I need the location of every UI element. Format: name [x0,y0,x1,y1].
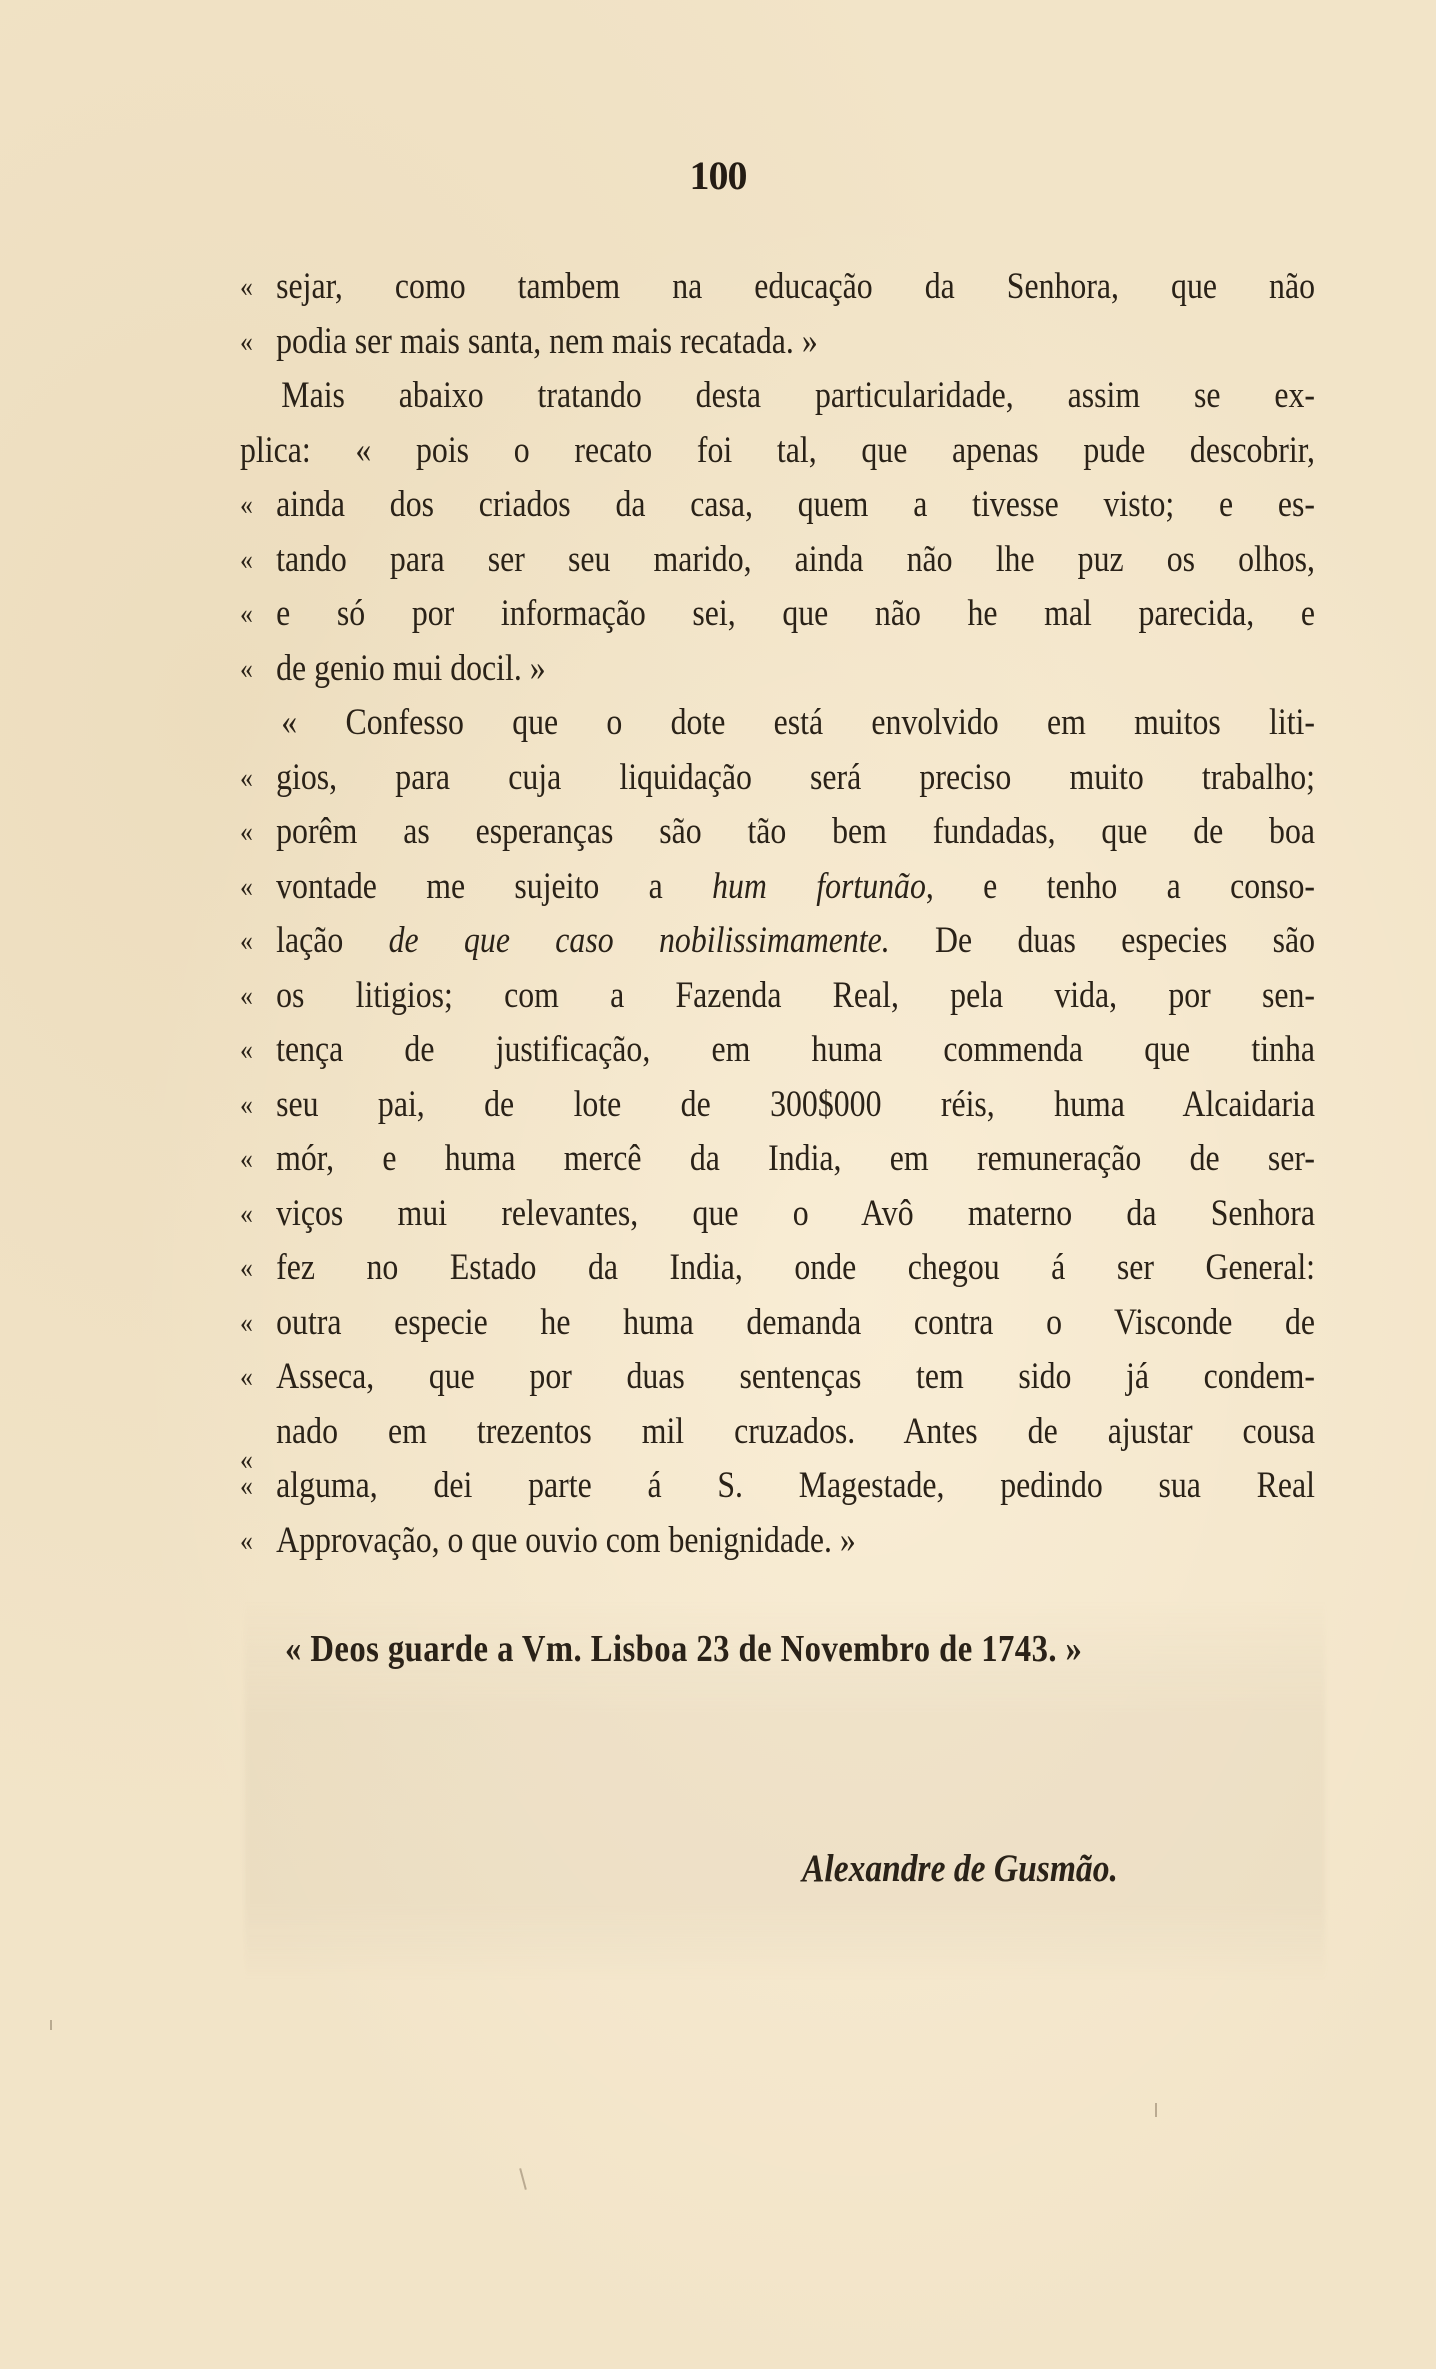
text-segment: lação [276,920,388,961]
line-text: ainda dos criados da casa, quem a tivess… [276,484,1315,525]
signature: Alexandre de Gusmão. [802,1846,1118,1891]
text-line: «vontade me sujeito a hum fortunão, e te… [240,860,1315,915]
text-line: «outra especie he huma demanda contra o … [240,1296,1315,1351]
body-text: «sejar, como tambem na educação da Senho… [240,260,1315,1568]
line-text: viços mui relevantes, que o Avô materno … [276,1193,1315,1234]
line-text: alguma, dei parte á S. Magestade, pedind… [276,1465,1315,1506]
text-line: «tando para ser seu marido, ainda não lh… [240,533,1315,588]
line-text: plica: « pois o recato foi tal, que apen… [240,430,1315,471]
guillemet-mark: « [240,533,253,588]
text-segment: vontade me sujeito a [276,866,712,907]
italic-phrase: hum fortunão [712,866,926,907]
guillemet-mark: « [240,1241,253,1296]
guillemet-mark: « [240,751,253,806]
guillemet-mark: « [240,315,253,370]
line-text: os litigios; com a Fazenda Real, pela vi… [276,975,1315,1016]
guillemet-mark: « [240,478,253,533]
text-line: «seu pai, de lote de 300$000 réis, huma … [240,1078,1315,1133]
line-text: de genio mui docil. » [276,648,546,689]
line-text: podia ser mais santa, nem mais recatada.… [276,321,818,362]
line-text: « Confesso que o dote está envolvido em … [281,702,1315,743]
text-line: «nado em trezentos mil cruzados. Antes d… [240,1405,1315,1460]
line-text: tença de justificação, em huma commenda … [276,1029,1315,1070]
line-text: porêm as esperanças são tão bem fundadas… [276,811,1315,852]
guillemet-mark: « [240,1078,253,1133]
guillemet-mark: « [240,642,253,697]
guillemet-mark: « [240,805,253,860]
guillemet-mark: « [240,587,253,642]
line-text: outra especie he huma demanda contra o V… [276,1302,1315,1343]
paper-speck [50,2020,52,2030]
line-text: Mais abaixo tratando desta particularida… [281,375,1315,416]
guillemet-mark: « [240,969,253,1024]
text-line: «Approvação, o que ouvio com benignidade… [240,1514,1315,1569]
text-line: «tença de justificação, em huma commenda… [240,1023,1315,1078]
text-line: « Confesso que o dote está envolvido em … [240,696,1315,751]
guillemet-mark: « [240,1023,253,1078]
text-line: plica: « pois o recato foi tal, que apen… [240,424,1315,479]
text-line: «gios, para cuja liquidação será preciso… [240,751,1315,806]
guillemet-mark: « [240,260,253,315]
line-text: fez no Estado da India, onde chegou á se… [276,1247,1315,1288]
guillemet-mark: « [240,1350,253,1405]
text-line: «podia ser mais santa, nem mais recatada… [240,315,1315,370]
line-text: seu pai, de lote de 300$000 réis, huma A… [276,1084,1315,1125]
italic-phrase: de que caso nobilissimamente. [389,920,890,961]
line-text: tando para ser seu marido, ainda não lhe… [276,539,1315,580]
paper-speck [1155,2103,1157,2117]
line-text: nado em trezentos mil cruzados. Antes de… [276,1411,1315,1452]
guillemet-mark: « [240,1514,253,1569]
text-segment: De duas especies são [890,920,1315,961]
text-line: «os litigios; com a Fazenda Real, pela v… [240,969,1315,1024]
line-text: gios, para cuja liquidação será preciso … [276,757,1315,798]
text-line: «alguma, dei parte á S. Magestade, pedin… [240,1459,1315,1514]
text-segment: , e tenho a conso- [926,866,1315,907]
guillemet-mark: « [240,914,253,969]
page-number: 100 [0,152,1436,199]
line-text: sejar, como tambem na educação da Senhor… [276,266,1315,307]
guillemet-mark: « [240,1459,253,1514]
text-line: «mór, e huma mercê da India, em remunera… [240,1132,1315,1187]
text-line: Mais abaixo tratando desta particularida… [240,369,1315,424]
line-text: e só por informação sei, que não he mal … [276,593,1315,634]
text-line: «fez no Estado da India, onde chegou á s… [240,1241,1315,1296]
text-line: «porêm as esperanças são tão bem fundada… [240,805,1315,860]
closing-line: « Deos guarde a Vm. Lisboa 23 de Novembr… [285,1627,1082,1671]
line-text: Approvação, o que ouvio com benignidade.… [276,1520,856,1561]
text-line: «lação de que caso nobilissimamente. De … [240,914,1315,969]
line-text: mór, e huma mercê da India, em remuneraç… [276,1138,1315,1179]
guillemet-mark: « [240,1132,253,1187]
text-line: «ainda dos criados da casa, quem a tives… [240,478,1315,533]
text-line: «e só por informação sei, que não he mal… [240,587,1315,642]
guillemet-mark: « [240,1187,253,1242]
text-line: «Asseca, que por duas sentenças tem sido… [240,1350,1315,1405]
text-line: «de genio mui docil. » [240,642,1315,697]
text-line: «viços mui relevantes, que o Avô materno… [240,1187,1315,1242]
line-text: Asseca, que por duas sentenças tem sido … [276,1356,1315,1397]
guillemet-mark: « [240,1296,253,1351]
text-line: «sejar, como tambem na educação da Senho… [240,260,1315,315]
guillemet-mark: « [240,860,253,915]
